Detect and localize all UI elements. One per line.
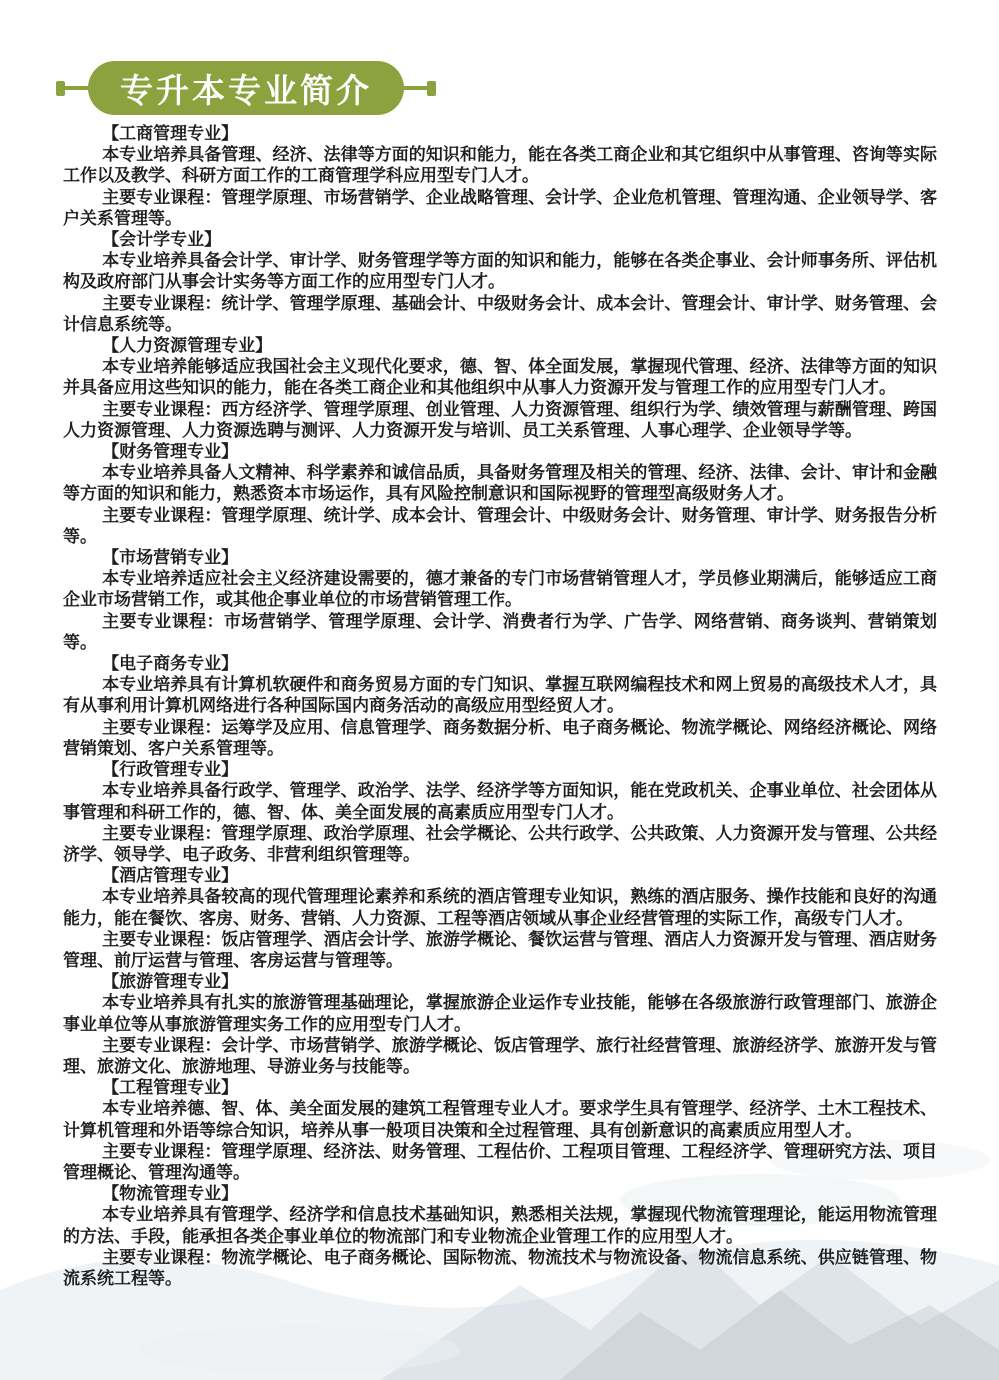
major-section: 【酒店管理专业】 本专业培养具备较高的现代管理理论素养和系统的酒店管理专业知识，… — [63, 865, 937, 971]
major-description: 本专业培养具备会计学、审计学、财务管理学等方面的知识和能力，能够在各类企事业、会… — [63, 250, 937, 292]
sections-container: 【工商管理专业】 本专业培养具备管理、经济、法律等方面的知识和能力，能在各类工商… — [63, 123, 937, 1289]
major-section: 【人力资源管理专业】 本专业培养能够适应我国社会主义现代化要求，德、智、体全面发… — [63, 335, 937, 441]
banner-right-nub — [427, 81, 436, 96]
page-title-pill: 专升本专业简介 — [88, 61, 404, 115]
major-description: 本专业培养具有扎实的旅游管理基础理论，掌握旅游企业运作专业技能，能够在各级旅游行… — [63, 992, 937, 1034]
major-courses: 主要专业课程：物流学概论、电子商务概论、国际物流、物流技术与物流设备、物流信息系… — [63, 1247, 937, 1289]
major-heading: 【工商管理专业】 — [63, 123, 937, 144]
major-section: 【工商管理专业】 本专业培养具备管理、经济、法律等方面的知识和能力，能在各类工商… — [63, 123, 937, 229]
major-section: 【旅游管理专业】 本专业培养具有扎实的旅游管理基础理论，掌握旅游企业运作专业技能… — [63, 971, 937, 1077]
major-courses: 主要专业课程：管理学原理、经济法、财务管理、工程估价、工程项目管理、工程经济学、… — [63, 1141, 937, 1183]
banner-left-nub — [56, 81, 65, 96]
major-description: 本专业培养能够适应我国社会主义现代化要求，德、智、体全面发展，掌握现代管理、经济… — [63, 356, 937, 398]
major-heading: 【人力资源管理专业】 — [63, 335, 937, 356]
major-courses: 主要专业课程：西方经济学、管理学原理、创业管理、人力资源管理、组织行为学、绩效管… — [63, 399, 937, 441]
major-heading: 【财务管理专业】 — [63, 441, 937, 462]
major-section: 【物流管理专业】 本专业培养具有管理学、经济学和信息技术基础知识，熟悉相关法规，… — [63, 1183, 937, 1289]
major-heading: 【工程管理专业】 — [63, 1077, 937, 1098]
major-description: 本专业培养具备行政学、管理学、政治学、法学、经济学等方面知识，能在党政机关、企事… — [63, 780, 937, 822]
major-heading: 【行政管理专业】 — [63, 759, 937, 780]
major-section: 【市场营销专业】 本专业培养适应社会主义经济建设需要的，德才兼备的专门市场营销管… — [63, 547, 937, 653]
major-description: 本专业培养具备管理、经济、法律等方面的知识和能力，能在各类工商企业和其它组织中从… — [63, 144, 937, 186]
banner-right-line — [404, 86, 427, 90]
major-section: 【工程管理专业】 本专业培养德、智、体、美全面发展的建筑工程管理专业人才。要求学… — [63, 1077, 937, 1183]
major-section: 【电子商务专业】 本专业培养具有计算机软硬件和商务贸易方面的专门知识、掌握互联网… — [63, 653, 937, 759]
major-courses: 主要专业课程：市场营销学、管理学原理、会计学、消费者行为学、广告学、网络营销、商… — [63, 611, 937, 653]
major-courses: 主要专业课程：管理学原理、政治学原理、社会学概论、公共行政学、公共政策、人力资源… — [63, 823, 937, 865]
document-page: 专升本专业简介 【工商管理专业】 本专业培养具备管理、经济、法律等方面的知识和能… — [0, 0, 999, 1380]
major-description: 本专业培养德、智、体、美全面发展的建筑工程管理专业人才。要求学生具有管理学、经济… — [63, 1098, 937, 1140]
major-description: 本专业培养具有管理学、经济学和信息技术基础知识，熟悉相关法规，掌握现代物流管理理… — [63, 1204, 937, 1246]
major-courses: 主要专业课程：运筹学及应用、信息管理学、商务数据分析、电子商务概论、物流学概论、… — [63, 717, 937, 759]
major-heading: 【市场营销专业】 — [63, 547, 937, 568]
major-courses: 主要专业课程：管理学原理、市场营销学、企业战略管理、会计学、企业危机管理、管理沟… — [63, 187, 937, 229]
major-heading: 【物流管理专业】 — [63, 1183, 937, 1204]
major-description: 本专业培养具备较高的现代管理理论素养和系统的酒店管理专业知识，熟练的酒店服务、操… — [63, 886, 937, 928]
major-courses: 主要专业课程：管理学原理、统计学、成本会计、管理会计、中级财务会计、财务管理、审… — [63, 505, 937, 547]
major-courses: 主要专业课程：统计学、管理学原理、基础会计、中级财务会计、成本会计、管理会计、审… — [63, 293, 937, 335]
major-heading: 【旅游管理专业】 — [63, 971, 937, 992]
major-description: 本专业培养适应社会主义经济建设需要的，德才兼备的专门市场营销管理人才，学员修业期… — [63, 568, 937, 610]
major-section: 【会计学专业】 本专业培养具备会计学、审计学、财务管理学等方面的知识和能力，能够… — [63, 229, 937, 335]
major-courses: 主要专业课程：会计学、市场营销学、旅游学概论、饭店管理学、旅行社经营管理、旅游经… — [63, 1035, 937, 1077]
major-section: 【行政管理专业】 本专业培养具备行政学、管理学、政治学、法学、经济学等方面知识，… — [63, 759, 937, 865]
major-description: 本专业培养具备人文精神、科学素养和诚信品质，具备财务管理及相关的管理、经济、法律… — [63, 462, 937, 504]
major-section: 【财务管理专业】 本专业培养具备人文精神、科学素养和诚信品质，具备财务管理及相关… — [63, 441, 937, 547]
banner: 专升本专业简介 — [56, 61, 436, 115]
major-courses: 主要专业课程：饭店管理学、酒店会计学、旅游学概论、餐饮运营与管理、酒店人力资源开… — [63, 929, 937, 971]
major-heading: 【会计学专业】 — [63, 229, 937, 250]
major-heading: 【酒店管理专业】 — [63, 865, 937, 886]
page-title: 专升本专业简介 — [120, 65, 372, 112]
banner-left-line — [65, 86, 88, 90]
major-description: 本专业培养具有计算机软硬件和商务贸易方面的专门知识、掌握互联网编程技术和网上贸易… — [63, 674, 937, 716]
major-heading: 【电子商务专业】 — [63, 653, 937, 674]
